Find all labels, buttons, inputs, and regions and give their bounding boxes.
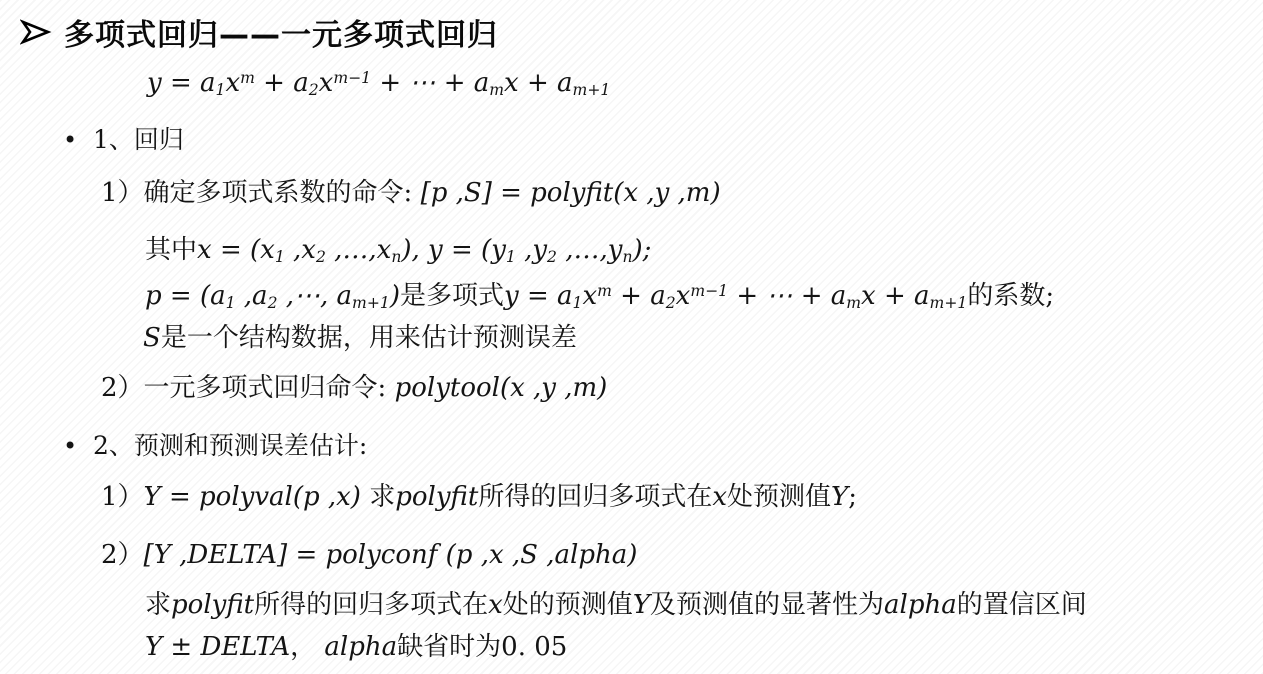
item-1-regression: 1、回归	[93, 120, 184, 160]
slide-title: 多项式回归——一元多项式回归	[64, 10, 498, 54]
item-2-2-polyconf-command: 2）[Y ,DELTA] = polyconf (p ,x ,S ,alpha)	[101, 535, 637, 575]
line-y-delta-default: Y ± DELTA， alpha缺省时为0. 05	[145, 627, 567, 667]
line-polyconf-description: 求polyfit所得的回归多项式在x处的预测值Y及预测值的显著性为alpha的置…	[145, 585, 1087, 625]
line-where-x-y-vectors: 其中x = (x1 ,x2 ,…,xn), y = (y1 ,y2 ,…,yn)…	[145, 230, 651, 273]
line-p-coefficients: p = (a1 ,a2 ,⋯, am+1)是多项式y = a1xm + a2xm…	[145, 276, 1054, 319]
bullet-dot-icon: •	[63, 122, 77, 158]
item-2-1-polyval-command: 1）Y = polyval(p ,x) 求polyfit所得的回归多项式在x处预…	[101, 477, 857, 517]
item-1-1-polyfit-command: 1）确定多项式系数的命令: [p ,S] = polyfit(x ,y ,m)	[101, 173, 721, 213]
slide: 多项式回归——一元多项式回归 y = a1xm + a2xm−1 + ⋯ + a…	[0, 0, 1263, 674]
bullet-dot-icon: •	[63, 428, 77, 464]
line-s-structure-data: S是一个结构数据，用来估计预测误差	[143, 318, 577, 358]
arrow-bullet-icon	[20, 19, 52, 45]
item-1-2-polytool-command: 2）一元多项式回归命令: polytool(x ,y ,m)	[101, 368, 607, 408]
main-formula: y = a1xm + a2xm−1 + ⋯ + amx + am+1	[147, 63, 610, 106]
item-2-prediction: 2、预测和预测误差估计:	[93, 426, 367, 466]
